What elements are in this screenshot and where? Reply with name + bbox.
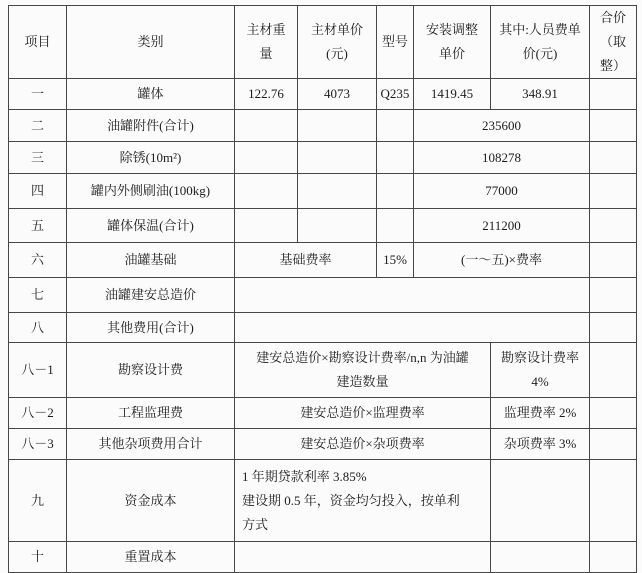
total-cell [590, 460, 637, 542]
table-row: 八－3 其他杂项费用合计 建安总造价×杂项费率 杂项费率 3% [9, 429, 637, 460]
item-cell: 八－1 [9, 343, 67, 398]
table-row: 八－1 勘察设计费 建安总造价×勘察设计费率/n,n 为油罐 建造数量 勘察设计… [9, 343, 637, 398]
empty-cell [235, 542, 491, 570]
category-cell: 勘察设计费 [67, 343, 235, 398]
table-row: 十 重置成本 [9, 542, 637, 570]
table-row: 一 罐体 122.76 4073 Q235 1419.45 348.91 [9, 79, 637, 110]
column-header-labor-unit-price: 其中:人员费单 价(元) [491, 6, 590, 79]
rate-cell: 杂项费率 3% [491, 429, 590, 460]
amount-cell: 108278 [414, 142, 590, 174]
total-cell [590, 174, 637, 209]
item-cell: 十 [9, 542, 67, 570]
table-row: 九 资金成本 1 年期贷款利率 3.85% 建设期 0.5 年，资金均匀投入，按… [9, 460, 637, 542]
amount-cell: 77000 [414, 174, 590, 209]
total-cell [590, 429, 637, 460]
formula-cell: 基础费率 [235, 243, 377, 278]
empty-cell [491, 542, 590, 570]
formula-cell: 1 年期贷款利率 3.85% 建设期 0.5 年，资金均匀投入，按单利 方式 [235, 460, 491, 542]
rate-value-cell: 15% [377, 243, 414, 278]
table-row: 八 其他费用(合计) [9, 313, 637, 343]
total-cell [590, 313, 637, 343]
column-header-category: 类别 [67, 6, 235, 79]
cost-estimate-table: 项目 类别 主材重 量 主材单价 (元) 型号 安装调整 单价 其中:人员费单 … [8, 5, 637, 570]
column-header-total-price: 合价 （取 整） [590, 6, 637, 79]
column-header-item: 项目 [9, 6, 67, 79]
table-row: 四 罐内外侧刷油(100kg) 77000 [9, 174, 637, 209]
table-row: 三 除锈(10m²) 108278 [9, 142, 637, 174]
amount-cell: 235600 [414, 110, 590, 142]
header-row: 项目 类别 主材重 量 主材单价 (元) 型号 安装调整 单价 其中:人员费单 … [9, 6, 637, 79]
rate-cell: 勘察设计费率 4% [491, 343, 590, 398]
empty-cell [235, 174, 298, 209]
item-cell: 六 [9, 243, 67, 278]
item-cell: 三 [9, 142, 67, 174]
category-cell: 油罐基础 [67, 243, 235, 278]
category-cell: 其他杂项费用合计 [67, 429, 235, 460]
category-cell: 罐体 [67, 79, 235, 110]
category-cell: 罐内外侧刷油(100kg) [67, 174, 235, 209]
column-header-material-unit-price: 主材单价 (元) [298, 6, 377, 79]
category-cell: 资金成本 [67, 460, 235, 542]
empty-cell [235, 110, 298, 142]
empty-cell [298, 174, 377, 209]
total-cell [590, 343, 637, 398]
total-cell [590, 110, 637, 142]
item-cell: 八－3 [9, 429, 67, 460]
category-cell: 工程监理费 [67, 398, 235, 429]
install-price-cell: 1419.45 [414, 79, 491, 110]
empty-cell [377, 209, 414, 243]
empty-cell [298, 142, 377, 174]
category-cell: 油罐建安总造价 [67, 278, 235, 313]
empty-cell [298, 110, 377, 142]
empty-cell [377, 110, 414, 142]
empty-cell [491, 460, 590, 542]
item-cell: 四 [9, 174, 67, 209]
item-cell: 七 [9, 278, 67, 313]
empty-cell [235, 142, 298, 174]
item-cell: 一 [9, 79, 67, 110]
empty-cell [377, 142, 414, 174]
formula-cell: 建安总造价×杂项费率 [235, 429, 491, 460]
category-cell: 其他费用(合计) [67, 313, 235, 343]
column-header-install-adjust-price: 安装调整 单价 [414, 6, 491, 79]
table-row: 六 油罐基础 基础费率 15% (一～五)×费率 [9, 243, 637, 278]
total-cell [590, 278, 637, 313]
total-cell [590, 79, 637, 110]
total-cell [590, 209, 637, 243]
weight-cell: 122.76 [235, 79, 298, 110]
category-cell: 罐体保温(合计) [67, 209, 235, 243]
amount-cell: 211200 [414, 209, 590, 243]
total-cell [590, 243, 637, 278]
column-header-material-weight: 主材重 量 [235, 6, 298, 79]
empty-cell [377, 174, 414, 209]
column-header-model: 型号 [377, 6, 414, 79]
rate-cell: 监理费率 2% [491, 398, 590, 429]
labor-price-cell: 348.91 [491, 79, 590, 110]
empty-cell [298, 209, 377, 243]
category-cell: 重置成本 [67, 542, 235, 570]
note-cell: (一～五)×费率 [414, 243, 590, 278]
empty-cell [235, 313, 590, 343]
item-cell: 八－2 [9, 398, 67, 429]
formula-cell: 建安总造价×监理费率 [235, 398, 491, 429]
table-row: 七 油罐建安总造价 [9, 278, 637, 313]
total-cell [590, 398, 637, 429]
table-row: 二 油罐附件(合计) 235600 [9, 110, 637, 142]
table-row: 八－2 工程监理费 建安总造价×监理费率 监理费率 2% [9, 398, 637, 429]
formula-cell: 建安总造价×勘察设计费率/n,n 为油罐 建造数量 [235, 343, 491, 398]
table-row: 五 罐体保温(合计) 211200 [9, 209, 637, 243]
category-cell: 除锈(10m²) [67, 142, 235, 174]
category-cell: 油罐附件(合计) [67, 110, 235, 142]
model-cell: Q235 [377, 79, 414, 110]
item-cell: 五 [9, 209, 67, 243]
total-cell [590, 542, 637, 570]
empty-cell [235, 278, 590, 313]
item-cell: 八 [9, 313, 67, 343]
empty-cell [235, 209, 298, 243]
item-cell: 九 [9, 460, 67, 542]
total-cell [590, 142, 637, 174]
unit-price-cell: 4073 [298, 79, 377, 110]
item-cell: 二 [9, 110, 67, 142]
